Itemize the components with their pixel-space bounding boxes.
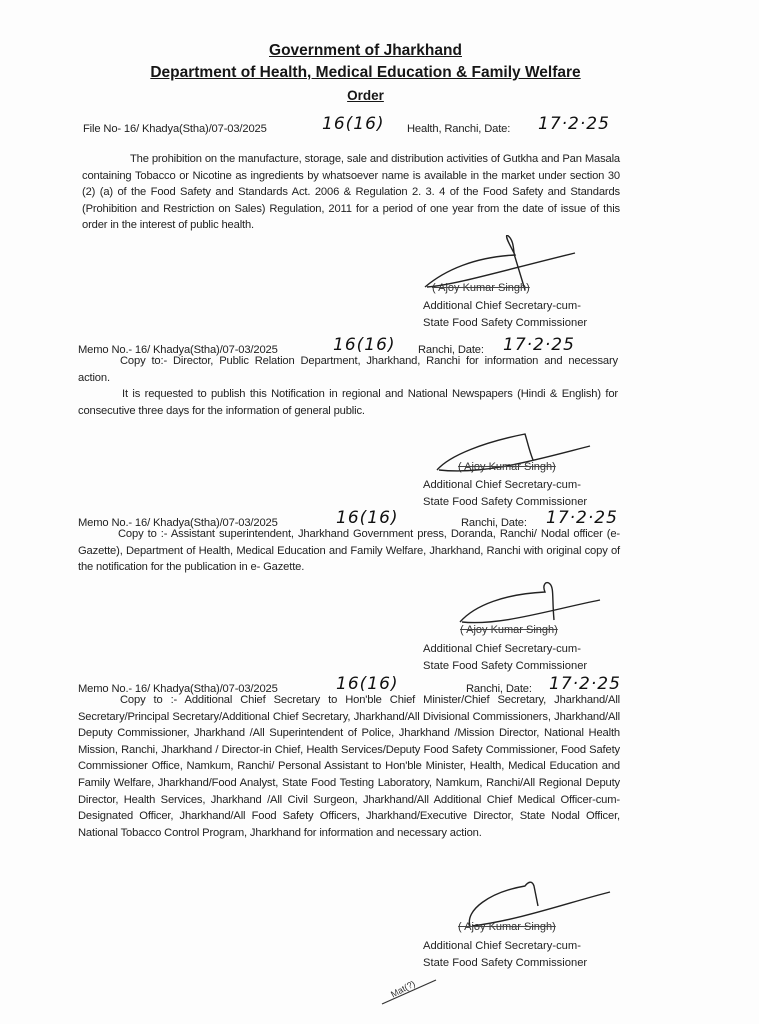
scanned-order-page: Government of Jharkhand Department of He… — [0, 0, 759, 1024]
memo-3-copy-to: Copy to :- Additional Chief Secretary to… — [78, 692, 620, 841]
memo-1-copy-to: Copy to:- Director, Public Relation Depa… — [78, 353, 618, 386]
memo-2-copy-to: Copy to :- Assistant superintendent, Jha… — [78, 526, 620, 576]
memo-1-number-handwritten: 16(16) — [333, 335, 396, 355]
signatory-title-2: Additional Chief Secretary-cum- State Fo… — [423, 477, 587, 511]
order-body-text: The prohibition on the manufacture, stor… — [82, 153, 620, 231]
memo-2-copy-to-text: Copy to :- Assistant superintendent, Jha… — [78, 528, 620, 573]
signature-2 — [425, 430, 605, 482]
signatory-title-line2: State Food Safety Commissioner — [423, 658, 587, 675]
signatory-title-4: Additional Chief Secretary-cum- State Fo… — [423, 938, 587, 972]
memo-1-publish-request-text: It is requested to publish this Notifica… — [78, 388, 618, 417]
order-date-handwritten: 17·2·25 — [538, 114, 610, 134]
signatory-name-3: ( Ajoy Kumar Singh) — [460, 624, 558, 636]
memo-2-date-handwritten: 17·2·25 — [546, 508, 618, 528]
memo-3-copy-to-text: Copy to :- Additional Chief Secretary to… — [78, 694, 620, 839]
file-number: File No- 16/ Khadya(Stha)/07-03/2025 — [83, 123, 267, 135]
signatory-title-line2: State Food Safety Commissioner — [423, 955, 587, 972]
footer-initials: Mat(?) — [389, 978, 417, 999]
signatory-name-2: ( Ajoy Kumar Singh) — [458, 461, 556, 473]
memo-3-number-handwritten: 16(16) — [336, 674, 399, 694]
signatory-name-1: ( Ajoy Kumar Singh) — [432, 282, 530, 294]
order-heading: Order — [0, 88, 745, 103]
signatory-title-line2: State Food Safety Commissioner — [423, 315, 587, 332]
order-place-date-label: Health, Ranchi, Date: — [407, 123, 510, 135]
department-heading: Department of Health, Medical Education … — [0, 64, 745, 82]
order-body: The prohibition on the manufacture, stor… — [82, 151, 620, 234]
signatory-title-line1: Additional Chief Secretary-cum- — [423, 298, 587, 315]
file-number-handwritten: 16(16) — [322, 114, 385, 134]
memo-3-date-handwritten: 17·2·25 — [549, 674, 621, 694]
signatory-title-line1: Additional Chief Secretary-cum- — [423, 641, 587, 658]
memo-1-date-handwritten: 17·2·25 — [503, 335, 575, 355]
memo-1-publish-request: It is requested to publish this Notifica… — [78, 386, 618, 419]
signatory-title-line1: Additional Chief Secretary-cum- — [423, 938, 587, 955]
memo-2-number-handwritten: 16(16) — [336, 508, 399, 528]
signatory-title-1: Additional Chief Secretary-cum- State Fo… — [423, 298, 587, 332]
signatory-title-line1: Additional Chief Secretary-cum- — [423, 477, 587, 494]
signatory-name-4: ( Ajoy Kumar Singh) — [458, 921, 556, 933]
memo-1-copy-to-text: Copy to:- Director, Public Relation Depa… — [78, 355, 618, 384]
government-heading: Government of Jharkhand — [0, 42, 745, 60]
signatory-title-3: Additional Chief Secretary-cum- State Fo… — [423, 641, 587, 675]
